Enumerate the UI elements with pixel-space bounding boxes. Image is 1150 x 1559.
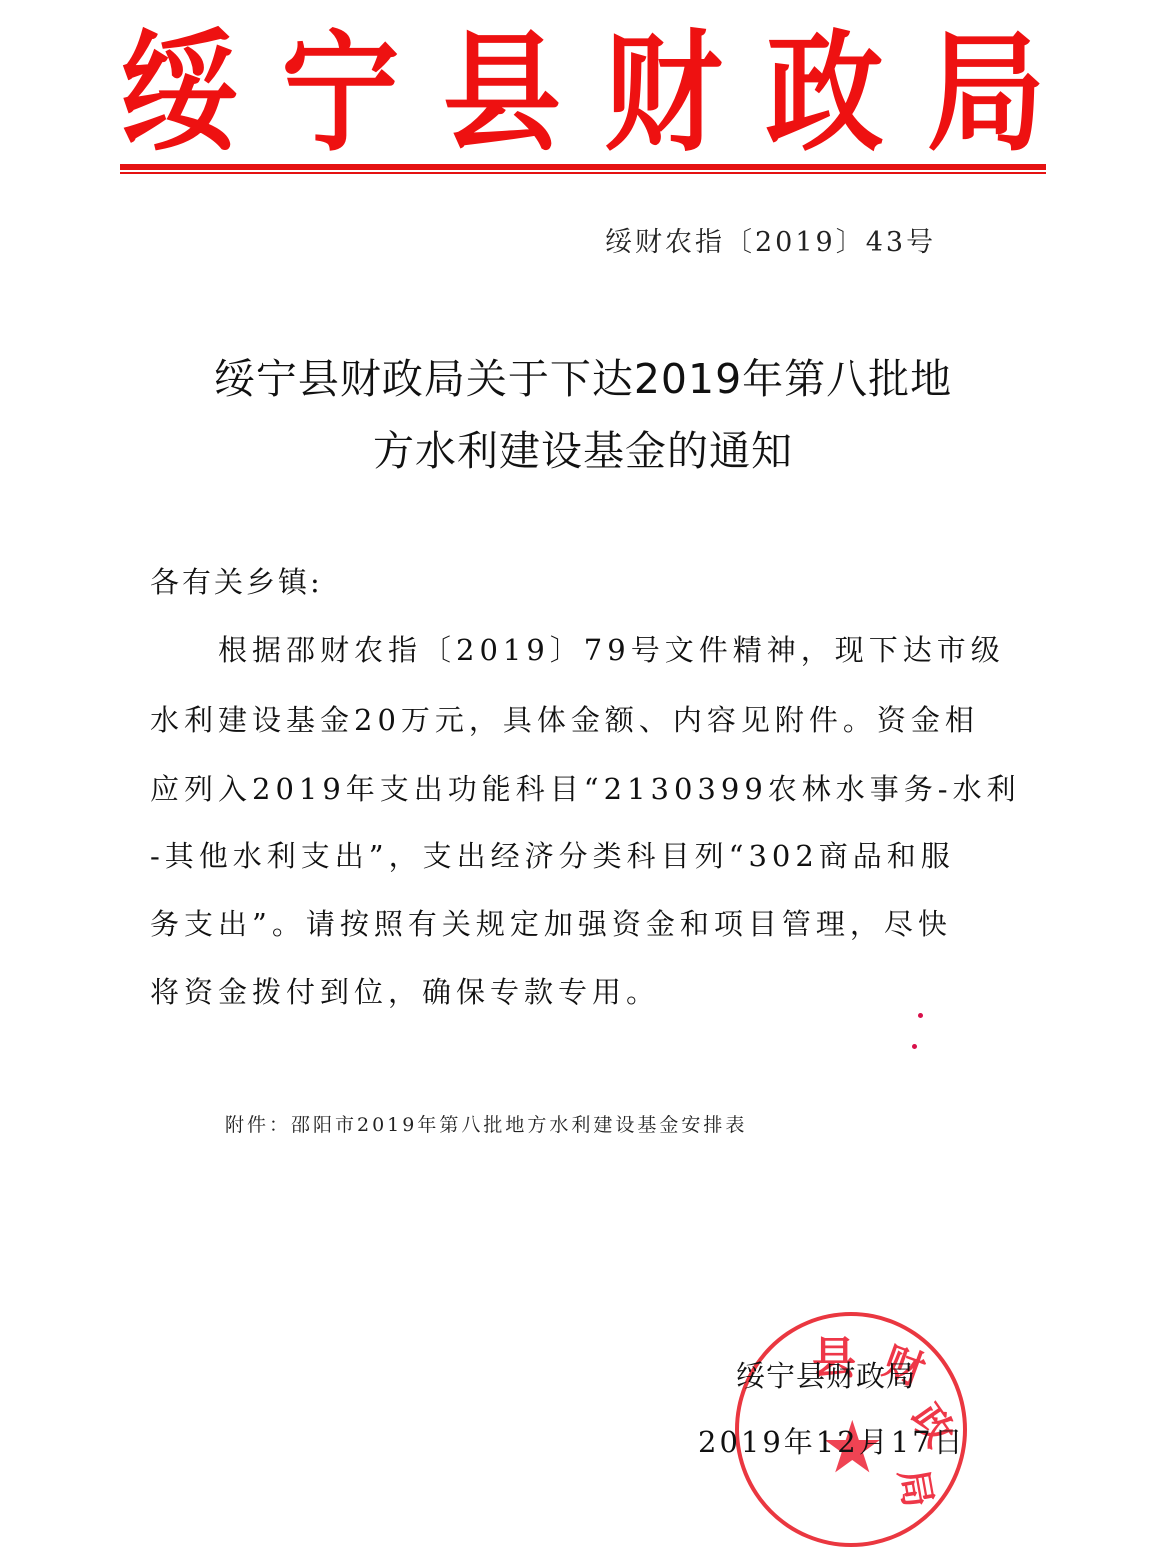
masthead: 绥 宁 县 财 政 局 (120, 28, 1045, 158)
masthead-char: 宁 (281, 22, 399, 165)
scan-speck (912, 1044, 917, 1049)
masthead-char: 政 (766, 22, 884, 165)
document-number: 绥财农指〔2019〕43号 (605, 220, 936, 259)
document-title-line-2: 方水利建设基金的通知 (120, 418, 1046, 477)
masthead-char: 绥 (120, 22, 238, 165)
masthead-divider-thin (120, 172, 1046, 174)
signature-date: 2019年12月17日 (698, 1420, 966, 1461)
document-title-line-1: 绥宁县财政局关于下达2019年第八批地 (120, 346, 1046, 405)
body-line: -其他水利支出”，支出经济分类科目列“302商品和服 (150, 834, 1006, 875)
body-line: 水利建设基金20万元，具体金额、内容见附件。资金相 (150, 698, 1006, 739)
attachment-note: 附件：邵阳市2019年第八批地方水利建设基金安排表 (225, 1110, 747, 1137)
body-line: 将资金拨付到位，确保专款专用。 (150, 970, 1006, 1011)
masthead-char: 县 (443, 22, 561, 165)
signature-organization: 绥宁县财政局 (736, 1354, 916, 1395)
scan-speck (918, 1013, 923, 1018)
masthead-divider-thick (120, 164, 1046, 170)
masthead-char: 局 (927, 22, 1045, 165)
body-line: 务支出”。请按照有关规定加强资金和项目管理，尽快 (150, 902, 1006, 943)
addressee: 各有关乡镇: (150, 560, 323, 601)
body-line: 根据邵财农指〔2019〕79号文件精神，现下达市级 (150, 628, 1006, 669)
masthead-char: 财 (604, 22, 722, 165)
body-line: 应列入2019年支出功能科目“2130399农林水事务-水利 (150, 767, 1006, 808)
